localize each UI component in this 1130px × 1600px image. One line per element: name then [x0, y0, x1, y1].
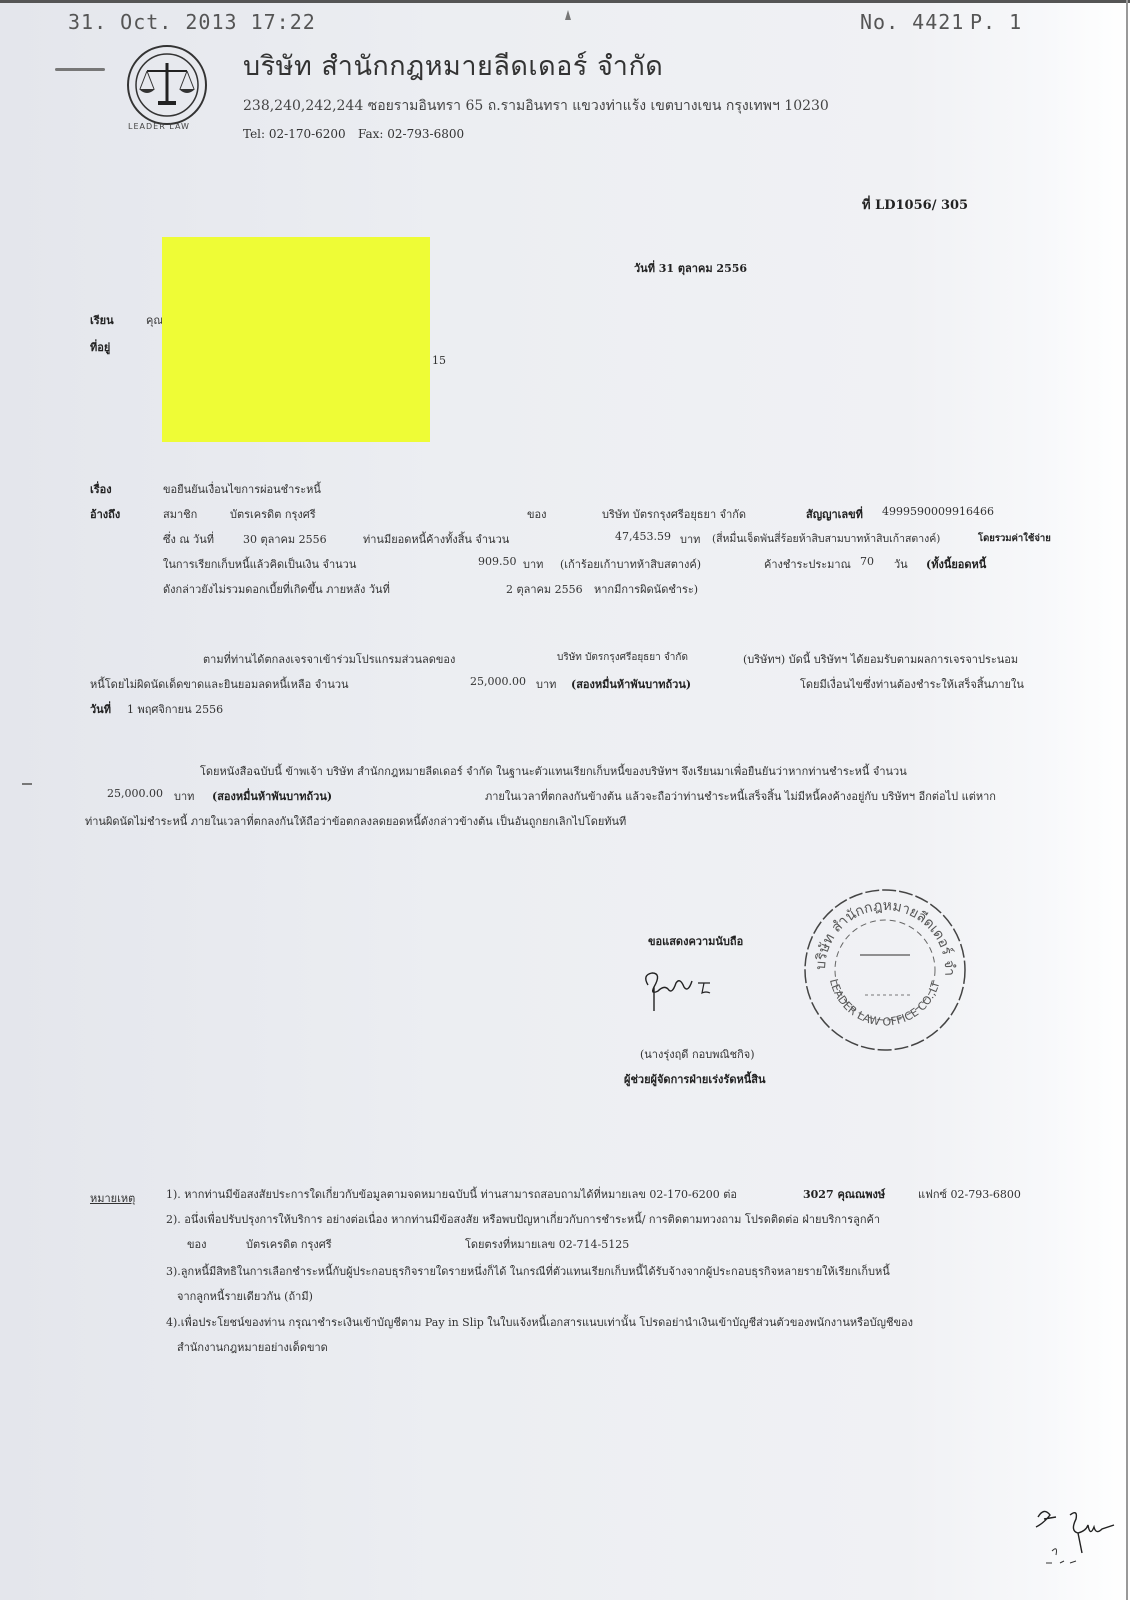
logo-caption: LEADER LAW	[128, 122, 190, 131]
total-debt-words: (สี่หมื่นเจ็ดพันสี่ร้อยห้าสิบสามบาทห้าสิ…	[712, 530, 940, 547]
note-1-extension: 3027 คุณณพงษ์	[803, 1185, 885, 1203]
creditor-company: บริษัท บัตรกรุงศรีอยุธยา จำกัด	[602, 505, 746, 523]
line2-suffix: โดยรวมค่าใช้จ่าย	[978, 531, 1051, 546]
note-4b: สำนักงานกฎหมายอย่างเด็ดขาด	[177, 1338, 328, 1356]
notes-label: หมายเหตุ	[90, 1189, 135, 1207]
collection-fee: 909.50	[478, 555, 517, 568]
company-address: 238,240,242,244 ซอยรามอินทรา 65 ถ.รามอิน…	[243, 95, 829, 117]
to-value: คุณ	[146, 311, 164, 329]
line2-prefix: ซึ่ง ณ วันที่	[163, 530, 214, 548]
company-fax: Fax: 02-793-6800	[358, 127, 464, 141]
fax-marker-icon	[565, 10, 571, 20]
contract-label: สัญญาเลขที่	[806, 505, 863, 523]
law-scale-logo-icon	[127, 45, 207, 125]
line2-mid: ท่านมียอดหนี้ค้างทั้งสิ้น จำนวน	[363, 530, 509, 548]
para1-line1: ตามที่ท่านได้ตกลงเจรจาเข้าร่วมโปรแกรมส่ว…	[203, 650, 455, 668]
handwritten-initials-icon	[1030, 1505, 1120, 1590]
contract-number: 4999590009916466	[882, 505, 994, 518]
regarding-label: อ้างถึง	[90, 505, 120, 523]
note-2: 2). อนึ่งเพื่อปรับปรุงการให้บริการ อย่าง…	[166, 1210, 880, 1228]
para2-amount-words: (สองหมื่นห้าพันบาทถ้วน)	[212, 787, 332, 805]
settlement-amount: 25,000.00	[470, 675, 526, 688]
line4-prefix: ดังกล่าวยังไม่รวมดอกเบี้ยที่เกิดขึ้น ภาย…	[163, 580, 390, 598]
para1-line1-suffix: (บริษัทฯ) บัดนี้ บริษัทฯ ได้ยอมรับตามผลก…	[743, 650, 1018, 668]
address-fragment: 15	[432, 354, 446, 367]
fax-page: P. 1	[970, 10, 1022, 34]
para1-line2: หนี้โดยไม่ผิดนัดเด็ดขาดและยินยอมลดหนี้เห…	[90, 675, 349, 693]
handwritten-signature-icon	[640, 965, 730, 1015]
company-tel: Tel: 02-170-6200	[243, 127, 346, 141]
card-name: บัตรเครดิต กรุงศรี	[230, 505, 316, 523]
baht-label: บาท	[536, 675, 556, 693]
to-label: เรียน	[90, 311, 114, 329]
reference-number: ที่ LD1056/ 305	[862, 194, 968, 215]
para1-company: บริษัท บัตรกรุงศรีอยุธยา จำกัด	[557, 650, 688, 665]
svg-text:บริษัท สำนักกฎหมายลีดเดอร์ จำก: บริษัท สำนักกฎหมายลีดเดอร์ จำกัด	[800, 885, 957, 976]
collection-fee-words: (เก้าร้อยเก้าบาทห้าสิบสตางค์)	[560, 555, 701, 573]
member-label: สมาชิก	[163, 505, 197, 523]
of-label: ของ	[527, 505, 547, 523]
baht-label: บาท	[174, 787, 194, 805]
interest-date: 2 ตุลาคม 2556	[506, 580, 583, 598]
note-2-card: บัตรเครดิต กรุงศรี	[246, 1235, 332, 1253]
redaction-block	[162, 237, 430, 442]
note-3: 3).ลูกหนี้มีสิทธิในการเลือกชำระหนี้กับผู…	[166, 1262, 890, 1280]
note-1: 1). หากท่านมีข้อสงสัยประการใดเกี่ยวกับข้…	[166, 1185, 737, 1203]
scan-edge-right	[1126, 0, 1128, 1600]
para2-line3: ท่านผิดนัดไม่ชำระหนี้ ภายในเวลาที่ตกลงกั…	[85, 812, 626, 830]
signer-title: ผู้ช่วยผู้จัดการฝ่ายเร่งรัดหนี้สิน	[624, 1070, 765, 1088]
note-3b: จากลูกหนี้รายเดียวกัน (ถ้ามี)	[177, 1287, 313, 1305]
line4-suffix: หากมีการผิดนัดชำระ)	[594, 580, 698, 598]
para2-line2-suffix: ภายในเวลาที่ตกลงกันข้างต้น แล้วจะถือว่าท…	[485, 787, 996, 805]
stamp-text-top: บริษัท สำนักกฎหมายลีดเดอร์ จำกัด	[800, 885, 957, 976]
signer-name: (นางรุ่งฤดี กอบพณิชกิจ)	[640, 1045, 755, 1063]
company-name: บริษัท สำนักกฎหมายลีดเดอร์ จำกัด	[243, 44, 663, 87]
address-label: ที่อยู่	[90, 338, 110, 356]
scan-edge-top	[0, 0, 1130, 3]
subject-label: เรื่อง	[90, 480, 112, 498]
para2-amount: 25,000.00	[107, 787, 163, 800]
closing-salutation: ขอแสดงความนับถือ	[648, 932, 743, 950]
line3-suffix: (ทั้งนี้ยอดหนี้	[926, 555, 986, 573]
overdue-label: ค้างชำระประมาณ	[764, 555, 851, 573]
overdue-days: 70	[860, 555, 874, 568]
settlement-words: (สองหมื่นห้าพันบาทถ้วน)	[571, 675, 691, 693]
days-label: วัน	[894, 555, 908, 573]
para2-line1: โดยหนังสือฉบับนี้ ข้าพเจ้า บริษัท สำนักก…	[200, 762, 907, 780]
as-of-date: 30 ตุลาคม 2556	[243, 530, 327, 548]
para1-line2-suffix: โดยมีเงื่อนไขซึ่งท่านต้องชำระให้เสร็จสิ้…	[800, 675, 1024, 693]
baht-label: บาท	[523, 555, 543, 573]
subject-value: ขอยืนยันเงื่อนไขการผ่อนชำระหนี้	[163, 480, 321, 498]
total-debt-amount: 47,453.59	[615, 530, 671, 543]
fax-document-page: 31. Oct. 2013 17:22 No. 4421 P. 1 LEADER…	[0, 0, 1130, 1600]
letter-date: วันที่ 31 ตุลาคม 2556	[634, 259, 747, 277]
staple-mark	[55, 68, 105, 71]
note-2-direct-line: โดยตรงที่หมายเลข 02-714-5125	[465, 1235, 629, 1253]
note-2-of: ของ	[187, 1235, 207, 1253]
punch-mark	[22, 783, 32, 785]
company-seal-stamp-icon: บริษัท สำนักกฎหมายลีดเดอร์ จำกัด LEADER …	[800, 885, 970, 1055]
note-1-fax: แฟกซ์ 02-793-6800	[918, 1185, 1021, 1203]
deadline-label: วันที่	[90, 700, 111, 718]
baht-label: บาท	[680, 530, 700, 548]
fax-timestamp: 31. Oct. 2013 17:22	[68, 10, 316, 34]
note-4: 4).เพื่อประโยชน์ของท่าน กรุณาชำระเงินเข้…	[166, 1313, 913, 1331]
settlement-deadline: 1 พฤศจิกายน 2556	[127, 700, 223, 718]
fax-number: No. 4421	[860, 10, 964, 34]
line3-prefix: ในการเรียกเก็บหนี้แล้วคิดเป็นเงิน จำนวน	[163, 555, 356, 573]
